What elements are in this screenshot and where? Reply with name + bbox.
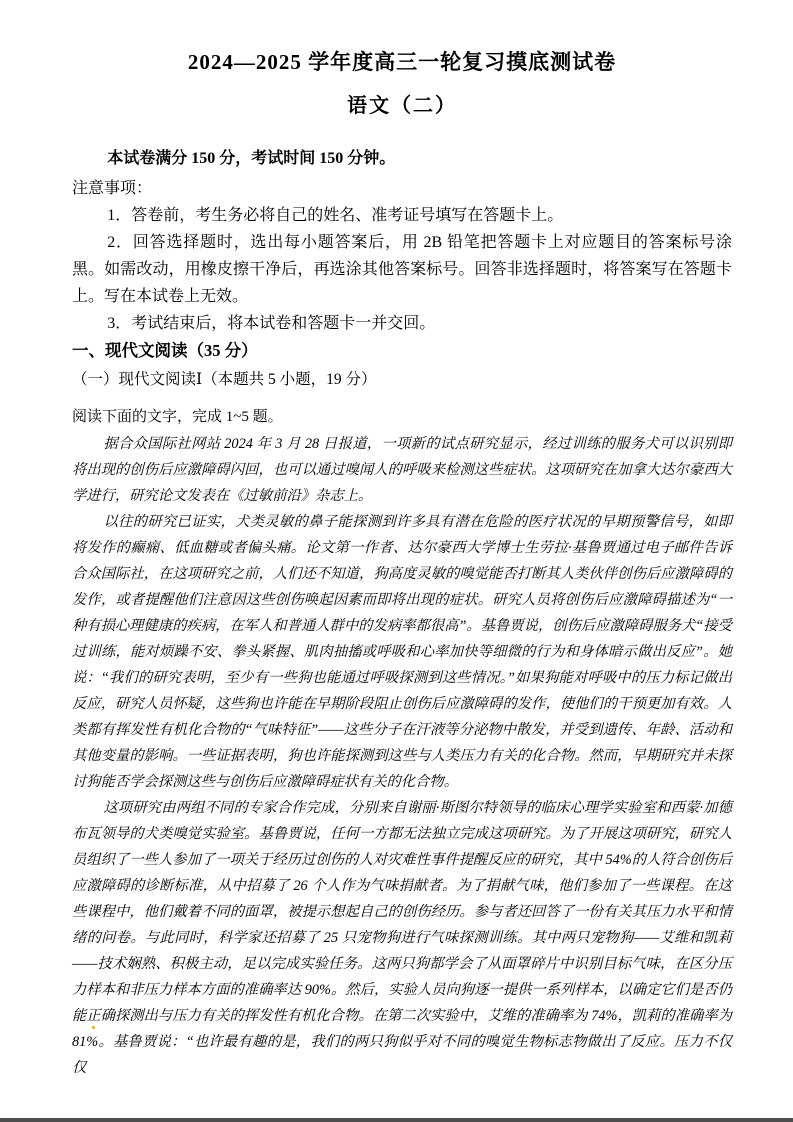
passage-paragraph-1: 据合众国际社网站 2024 年 3 月 28 日报道，一项新的试点研究显示，经过… (72, 431, 732, 509)
notice-item-1: 1．答卷前，考生务必将自己的姓名、准考证号填写在答题卡上。 (72, 202, 732, 229)
exam-subject-subtitle: 语文（二） (72, 92, 732, 120)
reading-instruction: 阅读下面的文字，完成 1~5 题。 (72, 404, 732, 430)
exam-paper-page: 2024—2025 学年度高三一轮复习摸底测试卷 语文（二） 本试卷满分 150… (0, 0, 793, 1122)
window-bottom-border (0, 1118, 793, 1122)
notice-item-2: 2．回答选择题时，选出每小题答案后，用 2B 铅笔把答题卡上对应题目的答案标号涂… (72, 229, 732, 310)
exam-score-time-info: 本试卷满分 150 分，考试时间 150 分钟。 (72, 145, 732, 173)
exam-title: 2024—2025 学年度高三一轮复习摸底测试卷 (72, 48, 732, 77)
document-body: 2024—2025 学年度高三一轮复习摸底测试卷 语文（二） 本试卷满分 150… (72, 0, 732, 1081)
passage-paragraph-3: 这项研究由两组不同的专家合作完成，分别来自谢丽·斯图尔特领导的临床心理学实验室和… (72, 795, 732, 1081)
notice-heading: 注意事项： (72, 175, 732, 202)
section-heading-modern-reading: 一、现代文阅读（35 分） (72, 337, 732, 362)
passage-paragraph-2: 以往的研究已证实，犬类灵敏的鼻子能探测到许多具有潜在危险的医疗状况的早期预警信号… (72, 509, 732, 795)
speck-artifact (92, 1026, 95, 1029)
section-subheading-reading-1: （一）现代文阅读Ⅰ（本题共 5 小题，19 分） (72, 369, 732, 391)
notice-item-3: 3．考试结束后，将本试卷和答题卡一并交回。 (72, 310, 732, 337)
